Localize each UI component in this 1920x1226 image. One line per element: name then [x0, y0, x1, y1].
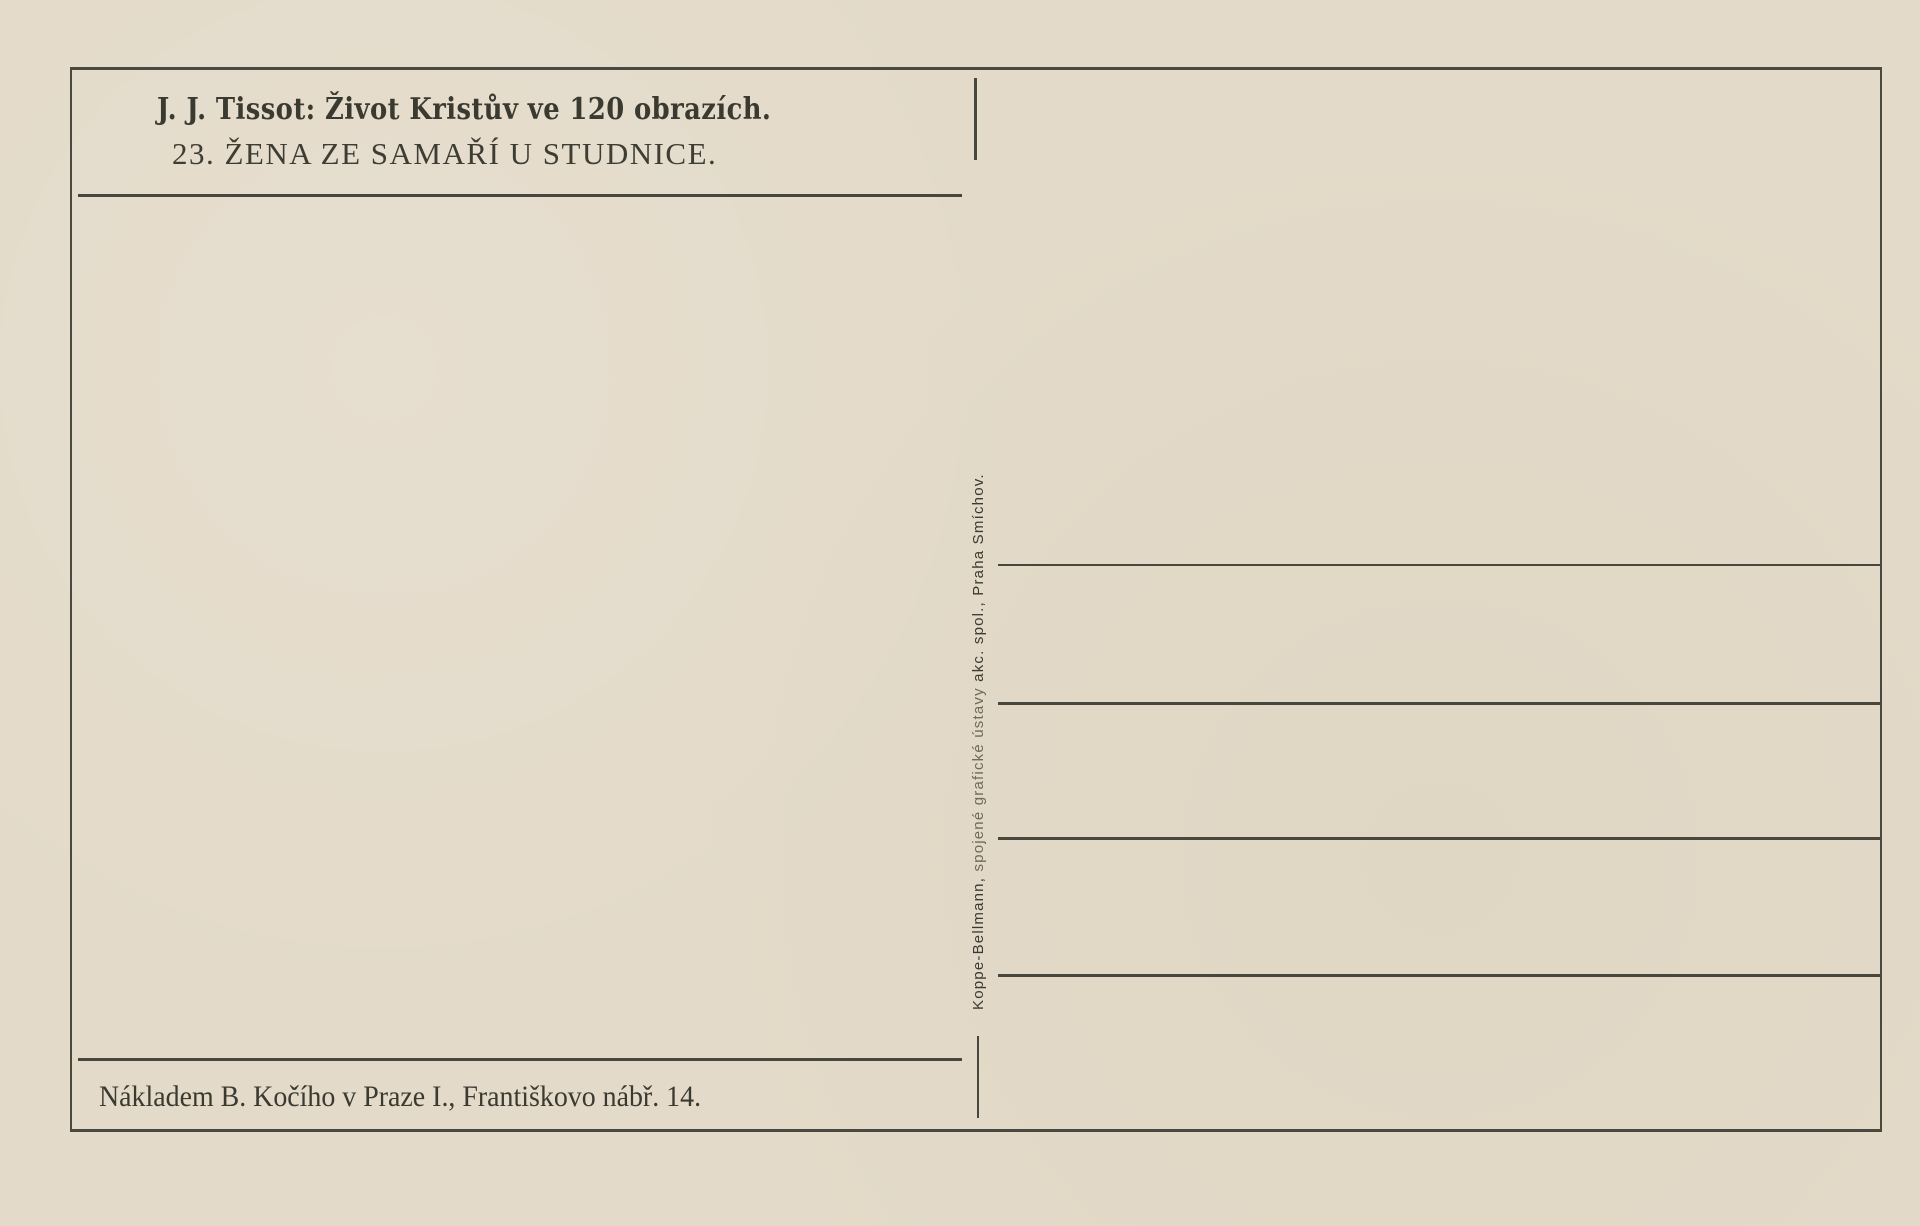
center-divider-bottom — [977, 1036, 979, 1118]
picture-title: 23. ŽENA ZE SAMAŘÍ U STUDNICE. — [172, 136, 717, 172]
printer-credit: Koppe-Bellmann, spojené grafické ústavy … — [972, 210, 986, 1010]
address-line-2 — [998, 702, 1880, 705]
title-divider — [78, 194, 962, 197]
address-line-1 — [998, 564, 1880, 566]
center-divider-top — [974, 78, 977, 160]
printer-credit-firm: spojené grafické ústavy — [970, 682, 987, 872]
address-line-4 — [998, 974, 1880, 977]
printer-credit-place: akc. spol., Praha Smíchov. — [970, 473, 987, 682]
series-title: J. J. Tissot: Život Kristův ve 120 obraz… — [157, 92, 785, 127]
address-line-3 — [998, 837, 1880, 840]
footer-divider — [78, 1058, 962, 1061]
publisher-footer: Nákladem B. Kočího v Praze I., Františko… — [99, 1080, 701, 1114]
printer-credit-name: Koppe-Bellmann, — [970, 872, 987, 1010]
